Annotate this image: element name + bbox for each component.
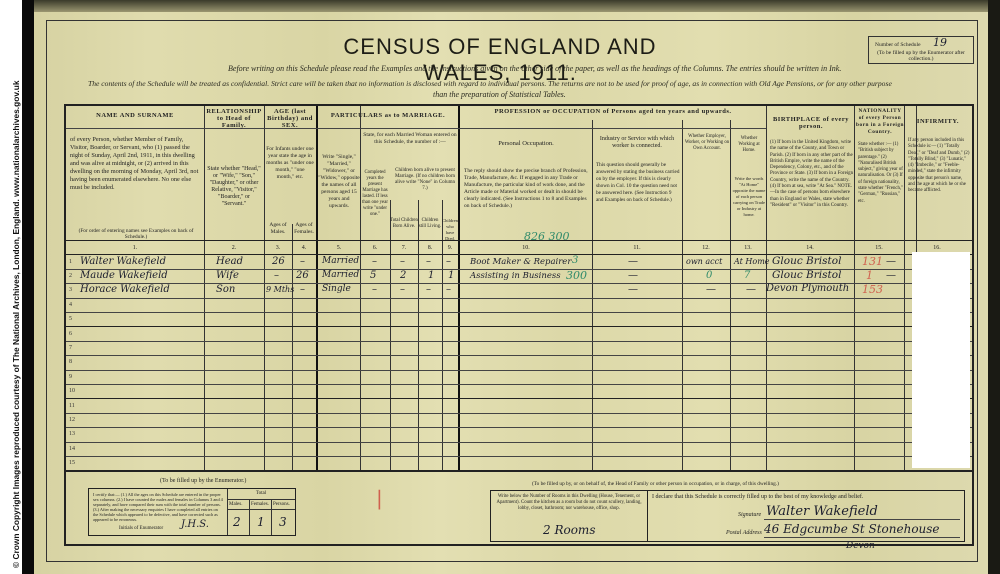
postal-address: 46 Edgcumbe St Stonehouse bbox=[764, 522, 940, 536]
row-number: 4 bbox=[69, 302, 72, 308]
col-num-14: 14. bbox=[766, 245, 854, 252]
col-at-home: Whether Working at Home. bbox=[732, 136, 766, 154]
col-num-2: 2. bbox=[204, 245, 264, 252]
rooms-box: Write below the Number of Rooms in this … bbox=[490, 490, 648, 542]
row2-birthplace: Glouc Bristol bbox=[772, 269, 841, 281]
col-marriage-state: State, for each Married Woman entered on… bbox=[362, 132, 458, 146]
head-signature: Walter Wakefield bbox=[766, 504, 878, 519]
col-name-note: (For order of entering names see Example… bbox=[70, 228, 202, 240]
row2-age-female: 26 bbox=[296, 270, 309, 281]
col-nationality-instructions: State whether :— (1) "British subject by… bbox=[858, 142, 904, 205]
col-num-12: 12. bbox=[682, 245, 730, 252]
col-relationship-instructions: State whether "Head," or "Wife," "Son," … bbox=[206, 166, 262, 208]
col-birthplace-instructions: (1) If born in the United Kingdom, write… bbox=[770, 140, 854, 209]
row2-condition: Married bbox=[322, 270, 359, 280]
row3-age-male: 9 Mths bbox=[266, 285, 294, 294]
row2-relationship: Wife bbox=[216, 270, 239, 281]
copyright-sidebar: © Crown Copyright Images reproduced cour… bbox=[0, 0, 22, 574]
total-persons: 3 bbox=[279, 515, 287, 529]
row-number: 10 bbox=[69, 388, 75, 394]
row-number: 9 bbox=[69, 374, 72, 380]
rooms-instruction: Write below the Number of Rooms in this … bbox=[495, 494, 643, 512]
enumerator-heading: (To be filled up by the Enumerator.) bbox=[160, 478, 246, 484]
persons-label: Persons. bbox=[273, 502, 290, 508]
occupation-code-mark: 826 300 bbox=[524, 230, 570, 243]
row-number: 13 bbox=[69, 431, 75, 437]
row1-at-home: At Home bbox=[734, 257, 770, 266]
row1-birthplace-code: 131 bbox=[862, 255, 883, 268]
row2-industry: — bbox=[628, 270, 638, 281]
occupier-heading: (To be filled up by, or on behalf of, th… bbox=[532, 481, 779, 487]
col-marriage-header: PARTICULARS as to MARRIAGE. bbox=[318, 112, 458, 119]
row3-age-female: – bbox=[300, 284, 305, 295]
instruction-line: Before writing on this Schedule please r… bbox=[228, 64, 841, 73]
schedule-number: 19 bbox=[933, 36, 947, 49]
col-birthplace-header: BIRTHPLACE of every person. bbox=[768, 116, 854, 130]
col-num-6: 6. bbox=[360, 245, 390, 252]
row1-children-living: – bbox=[426, 256, 431, 267]
row2-children-died: 1 bbox=[448, 270, 454, 281]
col-children-living: Children still Living. bbox=[418, 218, 442, 230]
row-number: 15 bbox=[69, 460, 75, 466]
row1-birthplace: Glouc Bristol bbox=[772, 255, 841, 267]
declaration-text: I declare that this Schedule is correctl… bbox=[652, 494, 863, 500]
row1-name: Walter Wakefield bbox=[80, 256, 166, 267]
row3-children-died: – bbox=[446, 284, 451, 295]
col-employer: Whether Employer, Worker, or Working on … bbox=[684, 134, 730, 152]
row-number: 3 bbox=[69, 287, 72, 293]
confidential-line-2: than the preparation of Statistical Tabl… bbox=[433, 90, 566, 99]
col-children-died: Children who have Died. bbox=[442, 218, 458, 242]
row3-children-living: – bbox=[426, 284, 431, 295]
row-number: 6 bbox=[69, 331, 72, 337]
row3-name: Horace Wakefield bbox=[80, 284, 170, 295]
row1-employer-status: own acct bbox=[686, 257, 722, 266]
confidential-line: The contents of the Schedule will be tre… bbox=[88, 79, 892, 88]
row1-condition: Married bbox=[322, 256, 359, 266]
col-name-instructions: of every Person, whether Member of Famil… bbox=[70, 136, 202, 192]
col-num-5: 5. bbox=[318, 245, 360, 252]
col-age-females: Ages of Females. bbox=[292, 222, 316, 236]
col-num-11: 11. bbox=[592, 245, 682, 252]
row1-children-total: – bbox=[400, 256, 405, 267]
col-num-7: 7. bbox=[390, 245, 418, 252]
row3-at-home: — bbox=[746, 284, 756, 295]
col-personal-occupation: Personal Occupation. bbox=[460, 140, 592, 147]
row2-occupation-code: 300 bbox=[566, 269, 587, 282]
declaration-box: I declare that this Schedule is correctl… bbox=[646, 490, 965, 542]
col-num-9: 9. bbox=[442, 245, 458, 252]
row2-children-total: 2 bbox=[400, 270, 406, 281]
col-num-1: 1. bbox=[66, 245, 204, 252]
row2-name: Maude Wakefield bbox=[80, 270, 168, 281]
row3-employer-status: — bbox=[706, 284, 716, 295]
row3-years-married: – bbox=[372, 284, 377, 295]
row2-years-married: 5 bbox=[370, 270, 376, 281]
postal-address-label: Postal Address bbox=[726, 530, 762, 536]
scan-top-edge bbox=[34, 0, 1000, 12]
col-nationality-header: NATIONALITY of every Person born in a Fo… bbox=[856, 108, 904, 136]
total-females: 1 bbox=[257, 515, 265, 529]
col-relationship-header: RELATIONSHIP to Head of Family. bbox=[204, 108, 264, 129]
row1-age-male: 26 bbox=[272, 256, 285, 267]
row-number: 14 bbox=[69, 446, 75, 452]
col-num-10: 10. bbox=[460, 245, 592, 252]
schedule-number-box: Number of Schedule 19 (To be filled up b… bbox=[868, 36, 974, 64]
row1-occupation: Boot Maker & Repairer bbox=[470, 257, 571, 267]
enumerator-initials: J.H.S. bbox=[181, 519, 209, 530]
col-num-15: 15. bbox=[854, 245, 904, 252]
enumerator-certificate-box: I certify that:— (1.) All the ages on th… bbox=[88, 488, 296, 536]
row-number: 7 bbox=[69, 345, 72, 351]
row1-industry: — bbox=[628, 256, 638, 267]
row2-nationality: — bbox=[886, 270, 896, 281]
col-age-header: AGE (last Birthday) and SEX. bbox=[264, 108, 316, 129]
row3-birthplace: Devon Plymouth bbox=[766, 283, 849, 294]
col-age-males: Ages of Males. bbox=[264, 222, 292, 236]
row-number: 8 bbox=[69, 359, 72, 365]
postal-address-county: Devon bbox=[846, 541, 875, 551]
col-name-header: NAME AND SURNAME bbox=[66, 112, 204, 119]
col-num-16: 16. bbox=[904, 245, 970, 252]
row2-employer-status: 0 bbox=[706, 270, 712, 281]
row2-birthplace-code: 1 bbox=[866, 269, 873, 282]
copyright-notice: © Crown Copyright Images reproduced cour… bbox=[11, 8, 21, 568]
row3-birthplace-code: 153 bbox=[862, 283, 883, 296]
row3-condition: Single bbox=[322, 284, 351, 294]
col-infirmity-instructions: If any person included in this Schedule … bbox=[908, 138, 970, 195]
row3-industry: — bbox=[628, 284, 638, 295]
schedule-number-note: (To be filled up by the Enumerator after… bbox=[873, 50, 969, 62]
schedule-number-label: Number of Schedule bbox=[875, 42, 921, 48]
col-industry: Industry or Service with which worker is… bbox=[594, 136, 680, 150]
females-label: Females. bbox=[251, 502, 269, 508]
col-children-born: Children born alive to present Marriage.… bbox=[392, 168, 458, 192]
col-industry-instructions: This question should generally be answer… bbox=[596, 162, 680, 204]
col-personal-instructions: The reply should show the precise branch… bbox=[464, 168, 588, 210]
col-num-13: 13. bbox=[730, 245, 766, 252]
row-number: 1 bbox=[69, 259, 72, 265]
row2-age-male: – bbox=[274, 270, 279, 281]
row-number: 2 bbox=[69, 273, 72, 279]
row-number: 11 bbox=[69, 403, 75, 409]
row2-children-living: 1 bbox=[428, 270, 434, 281]
col-age-instructions: For Infants under one year state the age… bbox=[266, 146, 314, 181]
row-number: 5 bbox=[69, 316, 72, 322]
rooms-count: 2 Rooms bbox=[543, 523, 595, 537]
row3-children-total: – bbox=[400, 284, 405, 295]
col-num-4: 4. bbox=[292, 245, 316, 252]
col-occupation-header: PROFESSION or OCCUPATION of Persons aged… bbox=[460, 108, 766, 115]
col-marriage-write: Write "Single," "Married," "Widower," or… bbox=[318, 154, 360, 210]
signature-label: Signature bbox=[738, 512, 761, 518]
row1-nationality: — bbox=[886, 256, 896, 267]
row2-at-home: 7 bbox=[744, 270, 750, 281]
col-num-8: 8. bbox=[418, 245, 442, 252]
scan-right-edge bbox=[988, 0, 1000, 574]
col-children-total: Total Children Born Alive. bbox=[390, 218, 418, 230]
col-infirmity-header: INFIRMITY. bbox=[906, 118, 970, 125]
initials-label: Initials of Enumerator bbox=[119, 526, 163, 532]
col-at-home-instructions: Write the words "At Home" opposite the n… bbox=[732, 176, 766, 218]
col-marriage-years: Completed years the present Marriage has… bbox=[360, 170, 390, 218]
total-males: 2 bbox=[233, 515, 241, 529]
total-label: Total bbox=[227, 491, 295, 497]
redacted-infirmity-area bbox=[912, 252, 970, 468]
row2-occupation: Assisting in Business bbox=[470, 271, 561, 281]
row1-occupation-code: 3 bbox=[572, 255, 578, 266]
col-num-3: 3. bbox=[264, 245, 292, 252]
row1-years-married: – bbox=[372, 256, 377, 267]
row1-age-female: – bbox=[300, 256, 305, 267]
row1-relationship: Head bbox=[216, 256, 243, 267]
red-pencil-mark: | bbox=[376, 486, 383, 510]
row1-children-died: – bbox=[446, 256, 451, 267]
males-label: Males. bbox=[229, 502, 242, 508]
row-number: 12 bbox=[69, 417, 75, 423]
census-table: NAME AND SURNAME of every Person, whethe… bbox=[64, 104, 974, 472]
enumerator-certification: I certify that:— (1.) All the ages on th… bbox=[93, 492, 223, 522]
row3-relationship: Son bbox=[216, 284, 235, 295]
scan-border bbox=[22, 0, 34, 574]
